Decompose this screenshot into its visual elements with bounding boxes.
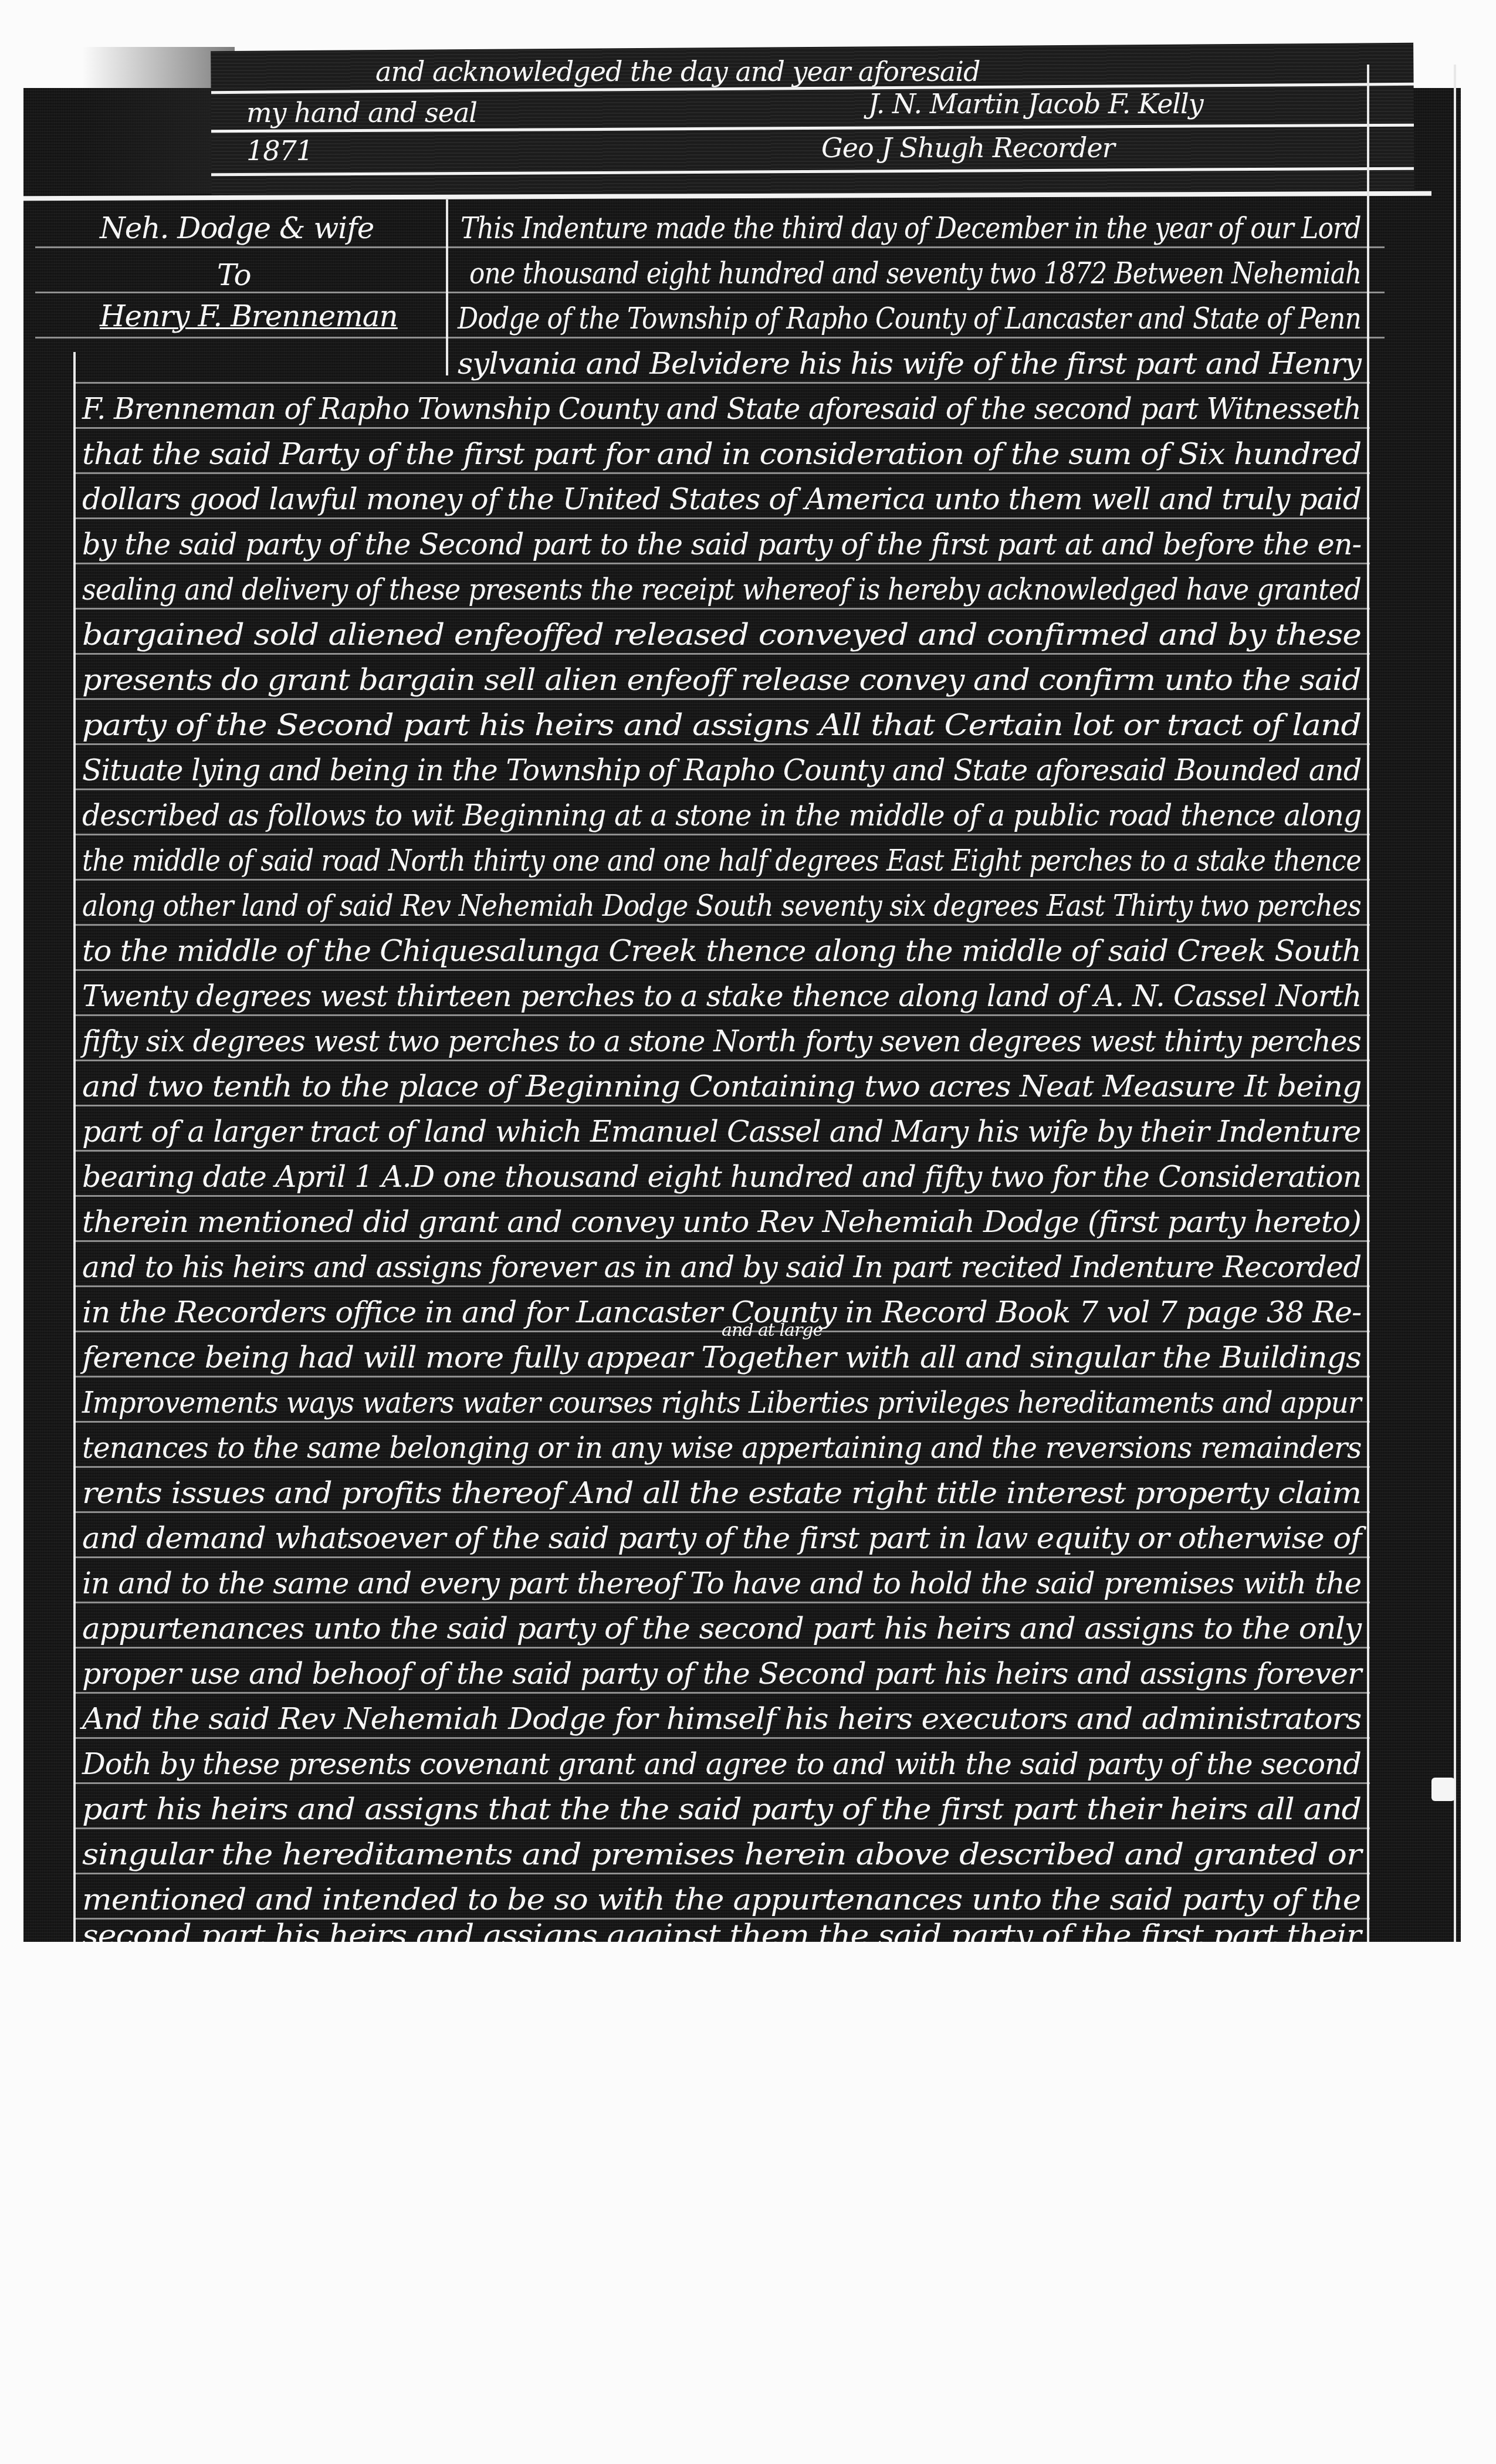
ruled-line xyxy=(73,1105,1370,1106)
body-line: the middle of said road North thirty one… xyxy=(82,844,1361,878)
left-margin-rule xyxy=(73,352,76,1942)
outer-right-rule xyxy=(1454,65,1456,1942)
blank-page-area xyxy=(0,1942,1496,2464)
body-line: bargained sold aliened enfeoffed release… xyxy=(82,618,1361,652)
ruled-line xyxy=(73,1647,1370,1649)
header-line-2-signatures: J. N. Martin Jacob F. Kelly xyxy=(868,88,1203,120)
header-line-1: and acknowledged the day and year afores… xyxy=(375,56,980,87)
body-line: in and to the same and every part thereo… xyxy=(82,1566,1361,1600)
ruled-line xyxy=(73,472,1370,474)
body-line: and two tenth to the place of Beginning … xyxy=(82,1069,1361,1104)
right-margin-rule xyxy=(1367,65,1369,1942)
body-line: along other land of said Rev Nehemiah Do… xyxy=(82,889,1361,923)
body-line: one thousand eight hundred and seventy t… xyxy=(469,256,1361,290)
ruled-line xyxy=(73,1014,1370,1016)
ruled-line xyxy=(73,1692,1370,1694)
body-line: Doth by these presents covenant grant an… xyxy=(82,1747,1361,1781)
body-line: F. Brenneman of Rapho Township County an… xyxy=(82,392,1361,426)
header-line-3-date: 1871 xyxy=(246,135,313,167)
body-line: rents issues and profits thereof And all… xyxy=(82,1476,1361,1510)
ruled-line xyxy=(73,608,1370,610)
ruled-line xyxy=(73,653,1370,655)
body-line: and demand whatsoever of the said party … xyxy=(82,1521,1361,1555)
ruled-line xyxy=(73,382,1370,384)
scan-artifact-mark xyxy=(1431,1778,1455,1801)
ruled-line xyxy=(73,924,1370,926)
body-line: Dodge of the Township of Rapho County of… xyxy=(458,302,1361,336)
ruled-line xyxy=(73,1285,1370,1287)
body-line: And the said Rev Nehemiah Dodge for hims… xyxy=(82,1702,1361,1736)
header-line-2-left: my hand and seal xyxy=(246,97,477,128)
interlinear-note: and at large xyxy=(722,1320,823,1341)
body-line: ference being had will more fully appear… xyxy=(82,1341,1361,1375)
ruled-line xyxy=(73,1150,1370,1152)
body-line: singular the hereditaments and premises … xyxy=(82,1837,1361,1871)
ruled-line xyxy=(73,563,1370,564)
body-line: Situate lying and being in the Township … xyxy=(82,753,1361,787)
ruled-line xyxy=(73,1421,1370,1423)
body-line: therein mentioned did grant and convey u… xyxy=(82,1205,1361,1239)
ruled-line xyxy=(73,1602,1370,1603)
body-line: described as follows to wit Beginning at… xyxy=(82,798,1361,832)
ruled-line xyxy=(73,698,1370,700)
ruled-line xyxy=(73,1195,1370,1197)
body-line: to the middle of the Chiquesalunga Creek… xyxy=(82,934,1361,968)
body-line: proper use and behoof of the said party … xyxy=(82,1657,1361,1691)
ruled-line xyxy=(73,879,1370,881)
body-line: appurtenances unto the said party of the… xyxy=(82,1612,1361,1646)
body-line: that the said Party of the first part fo… xyxy=(82,437,1361,471)
body-line: tenances to the same belonging or in any… xyxy=(82,1431,1361,1465)
body-line: sealing and delivery of these presents t… xyxy=(82,573,1361,607)
body-line: This Indenture made the third day of Dec… xyxy=(461,211,1361,245)
body-line: party of the Second part his heirs and a… xyxy=(82,708,1361,742)
ruled-line xyxy=(73,1737,1370,1739)
body-line: sylvania and Belvidere his his wife of t… xyxy=(458,347,1361,381)
ruled-line xyxy=(73,1376,1370,1377)
margin-grantee: Henry F. Brenneman xyxy=(100,299,398,333)
body-line: part his heirs and assigns that the the … xyxy=(82,1792,1361,1826)
ruled-line xyxy=(35,246,1385,248)
ruled-line xyxy=(73,1511,1370,1513)
body-line: part of a larger tract of land which Ema… xyxy=(82,1115,1361,1149)
ruled-line xyxy=(73,1873,1370,1874)
margin-connector: To xyxy=(217,258,251,292)
ruled-line xyxy=(35,292,1385,293)
ruled-line xyxy=(73,969,1370,971)
ruled-line xyxy=(73,1782,1370,1784)
ruled-line xyxy=(73,1827,1370,1829)
ruled-line xyxy=(73,1556,1370,1558)
body-line: mentioned and intended to be so with the… xyxy=(82,1883,1360,1917)
ruled-line xyxy=(73,517,1370,519)
ruled-line xyxy=(35,337,1385,339)
body-line: by the said party of the Second part to … xyxy=(82,527,1361,561)
body-line: Improvements ways waters water courses r… xyxy=(82,1386,1361,1420)
ruled-line xyxy=(73,1466,1370,1468)
ruled-line xyxy=(73,788,1370,790)
body-line: and to his heirs and assigns forever as … xyxy=(82,1250,1361,1284)
body-line: Twenty degrees west thirteen perches to … xyxy=(82,979,1361,1013)
ruled-line xyxy=(73,743,1370,745)
margin-column-rule xyxy=(446,199,448,375)
ruled-line xyxy=(73,834,1370,835)
body-line: fifty six degrees west two perches to a … xyxy=(82,1024,1361,1058)
body-line: bearing date April 1 A.D one thousand ei… xyxy=(82,1160,1361,1194)
body-line: dollars good lawful money of the United … xyxy=(82,482,1361,516)
header-recorder-signature: Geo J Shugh Recorder xyxy=(821,132,1115,164)
ruled-line xyxy=(73,1060,1370,1061)
body-line: presents do grant bargain sell alien enf… xyxy=(82,663,1361,697)
margin-grantor: Neh. Dodge & wife xyxy=(100,211,374,245)
ruled-line xyxy=(73,427,1370,429)
ruled-line xyxy=(73,1240,1370,1242)
